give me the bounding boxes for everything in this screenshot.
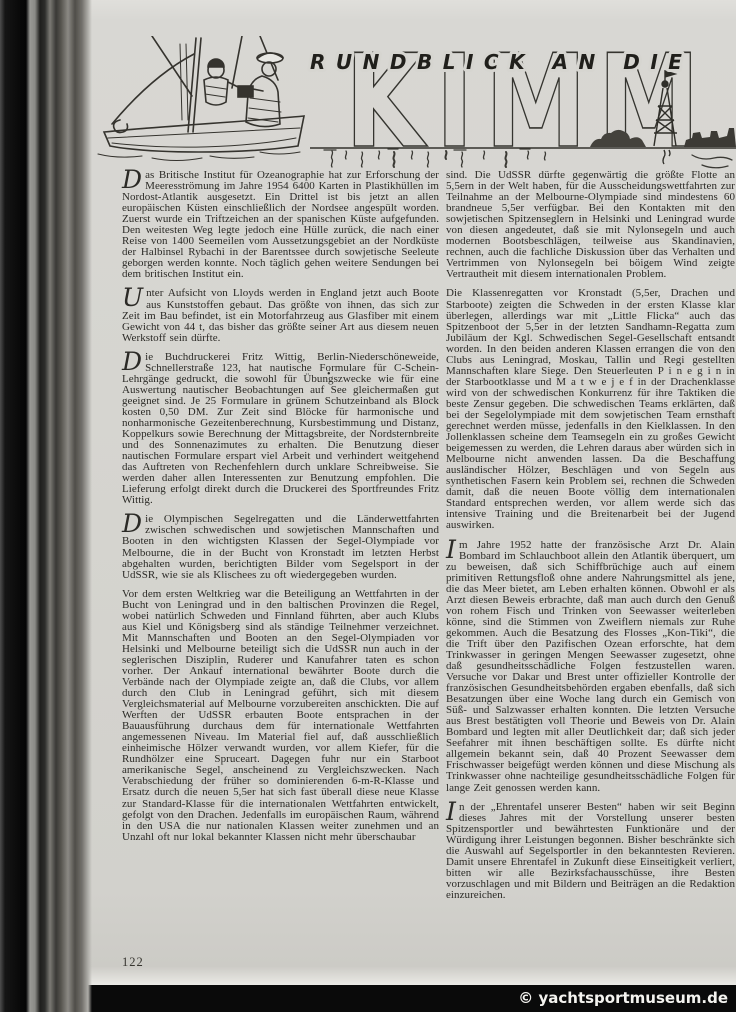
left-column: Das Britische Institut für Ozeanographie…	[122, 170, 439, 851]
paragraph: sind. Die UdSSR dürfte gegenwärtig die g…	[446, 170, 735, 280]
watermark-text: © yachtsportmuseum.de	[518, 989, 728, 1007]
magazine-page: KIMM	[0, 0, 736, 1012]
paragraph-text: ie Buchdruckerei Fritz Wittig, Berlin-Ni…	[122, 351, 439, 507]
paragraph-text: n der „Ehrentafel unserer Besten“ haben …	[446, 801, 735, 901]
paragraph: Die Klassenregatten vor Kronstadt (5,5er…	[446, 288, 735, 531]
drop-cap: D	[122, 352, 142, 372]
drop-cap: I	[446, 802, 456, 822]
page-number: 122	[122, 955, 144, 970]
paragraph-text: as Britische Institut für Ozeanographie …	[122, 169, 439, 280]
header-illustration: KIMM	[92, 36, 736, 172]
drop-cap: D	[122, 170, 142, 190]
drop-cap: U	[122, 288, 143, 308]
drop-cap: I	[446, 540, 456, 560]
paragraph: In der „Ehrentafel unserer Besten“ haben…	[446, 802, 735, 901]
paragraph: Unter Aufsicht von Lloyds werden in Engl…	[122, 288, 439, 343]
paragraph-text: Vor dem ersten Weltkrieg war die Beteili…	[122, 588, 439, 843]
right-column: sind. Die UdSSR dürfte gegenwärtig die g…	[446, 170, 735, 901]
watermark-bar: © yachtsportmuseum.de	[0, 985, 736, 1012]
book-binding	[0, 0, 92, 1012]
paragraph: Die Buchdruckerei Fritz Wittig, Berlin-N…	[122, 352, 439, 507]
paragraph-text: ie Olympischen Segelregatten und die Län…	[122, 513, 439, 580]
paragraph-text: Die Klassenregatten vor Kronstadt (5,5er…	[446, 287, 735, 531]
section-dot: •	[327, 369, 331, 380]
boat-sketch	[98, 36, 304, 161]
paragraph: Das Britische Institut für Ozeanographie…	[122, 170, 439, 280]
drop-cap: D	[122, 514, 142, 534]
magazine-title: RUNDBLICK AN DIE	[310, 50, 692, 74]
paragraph-text: sind. Die UdSSR dürfte gegenwärtig die g…	[446, 169, 735, 280]
paragraph-text: m Jahre 1952 hatte der französische Arzt…	[446, 539, 735, 794]
paragraph-text: nter Aufsicht von Lloyds werden in Engla…	[122, 287, 439, 343]
paragraph: Im Jahre 1952 hatte der französische Arz…	[446, 540, 735, 794]
paragraph: Vor dem ersten Weltkrieg war die Beteili…	[122, 589, 439, 843]
paragraph: Die Olympischen Segelregatten und die Lä…	[122, 514, 439, 580]
